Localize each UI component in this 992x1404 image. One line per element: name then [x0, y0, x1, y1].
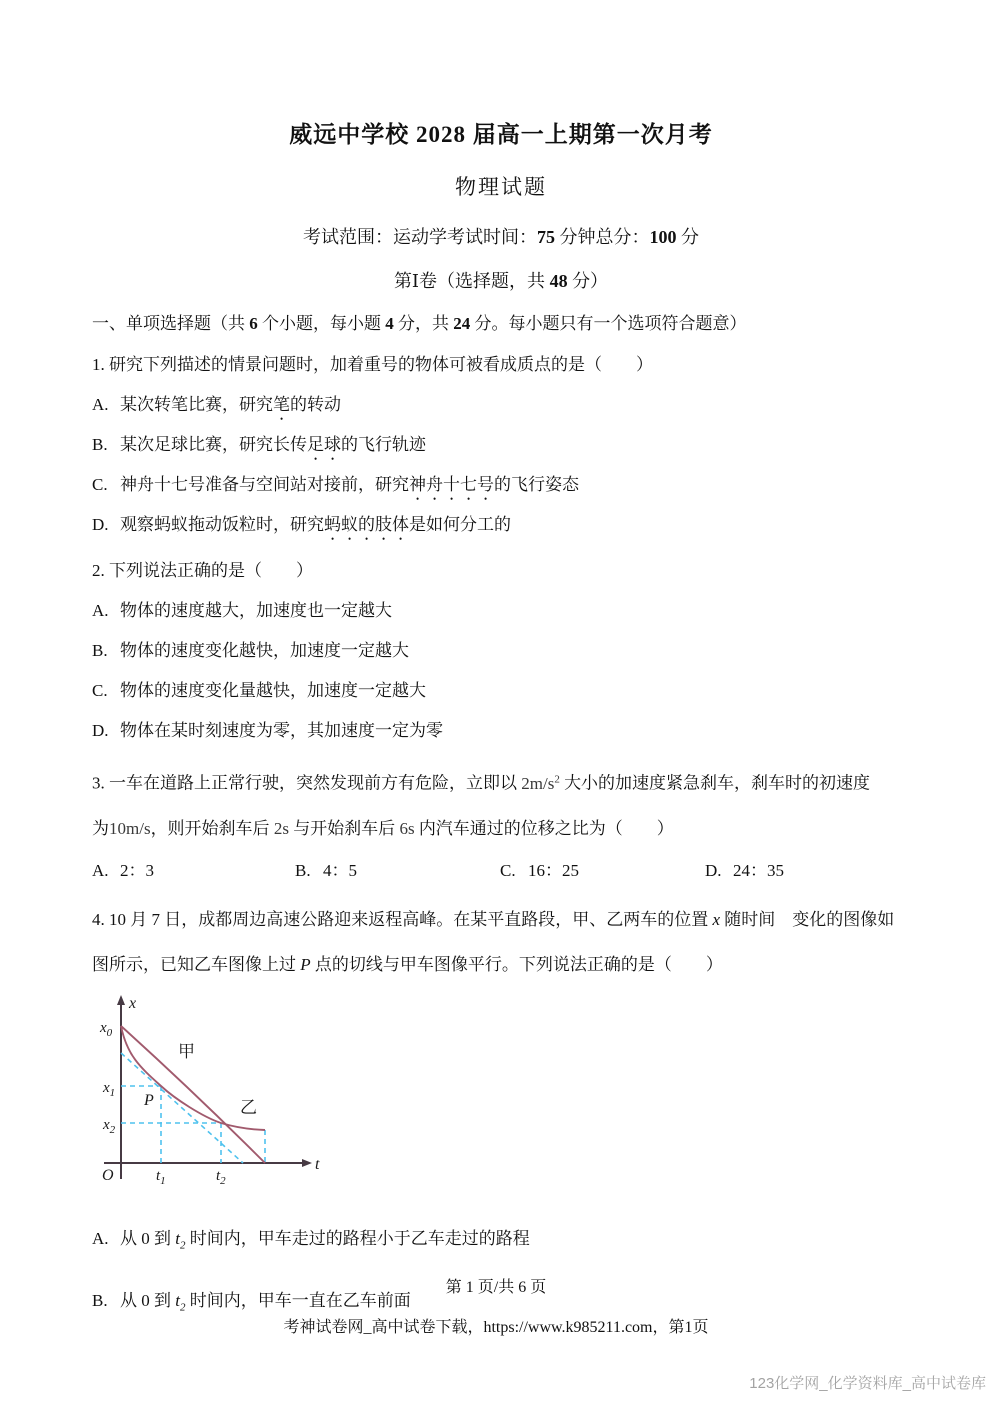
q1-option-a-post: 的转动 — [290, 395, 341, 414]
q2-option-d-text: 物体在某时刻速度为零，其加速度一定为零 — [120, 721, 443, 740]
q3-option-c-label: C. — [500, 851, 528, 891]
section1-heading: 一、单项选择题（共 6 个小题，每小题 4 分，共 24 分。每小题只有一个选项… — [92, 309, 910, 339]
q4-line1-post: 随时间 变化的图像如 — [720, 910, 894, 929]
q2-option-d: D.物体在某时刻速度为零，其加速度一定为零 — [92, 711, 910, 751]
exam-minutes: 75 — [537, 227, 555, 247]
part1-heading: 第Ⅰ卷（选择题，共 48 分） — [92, 267, 910, 293]
question-1: 1. 研究下列描述的情景问题时，加着重号的物体可被看成质点的是（ ） A.某次转… — [92, 345, 910, 545]
q2-option-b-label: B. — [92, 631, 120, 671]
q1-option-c-label: C. — [92, 465, 120, 505]
q1-option-b-label: B. — [92, 425, 120, 465]
q1-option-a: A.某次转笔比赛，研究笔的转动 — [92, 385, 910, 425]
y-axis-arrow — [117, 995, 125, 1005]
q2-option-b-text: 物体的速度变化越快，加速度一定越大 — [120, 641, 409, 660]
exam-total-score: 100 — [650, 227, 677, 247]
page-number-info: 第 1 页/共 6 页 — [0, 1274, 992, 1297]
q1-option-b-emphasis: 足球 — [307, 435, 341, 454]
section1-count: 6 — [249, 314, 258, 333]
q2-option-d-label: D. — [92, 711, 120, 751]
q4-stem-line2: 图所示，已知乙车图像上过 P 点的切线与甲车图像平行。下列说法正确的是（ ） — [92, 942, 910, 987]
q2-option-a-label: A. — [92, 591, 120, 631]
q1-option-a-pre: 某次转笔比赛，研究 — [120, 395, 273, 414]
q4-line2-post: 点的切线与甲车图像平行。下列说法正确的是（ ） — [311, 955, 723, 974]
q2-stem: 2. 下列说法正确的是（ ） — [92, 551, 910, 591]
q3-option-c: C.16：25 — [500, 851, 705, 891]
q4-option-a: A.从 0 到 t2 时间内，甲车走过的路程小于乙车走过的路程 — [92, 1219, 910, 1265]
q3-option-d-text: 24：35 — [733, 861, 784, 880]
question-4: 4. 10 月 7 日，成都周边高速公路迎来返程高峰。在某平直路段，甲、乙两车的… — [92, 897, 910, 1328]
footer-site-line: 考神试卷网_高中试卷下载，https://www.k985211.com，第1页 — [0, 1314, 992, 1337]
label-t-axis: t — [315, 1156, 320, 1173]
exam-info-pre: 考试范围：运动学考试时间： — [303, 227, 537, 247]
q3-option-a: A.2：3 — [92, 851, 295, 891]
q2-option-a: A.物体的速度越大，加速度也一定越大 — [92, 591, 910, 631]
q4-var-p: P — [300, 955, 310, 974]
q4-line1-pre: 4. 10 月 7 日，成都周边高速公路迎来返程高峰。在某平直路段，甲、乙两车的… — [92, 910, 713, 929]
q1-option-d-emphasis: 蚂蚁的肢体 — [324, 515, 409, 534]
section1-mid2: 分，共 — [394, 314, 454, 333]
exam-content: 威远中学校 2028 届高一上期第一次月考 物理试题 考试范围：运动学考试时间：… — [0, 0, 992, 1327]
q1-option-d-post: 是如何分工的 — [409, 515, 511, 534]
label-origin: O — [102, 1167, 114, 1184]
x-axis-arrow — [302, 1159, 312, 1167]
q3-options-row: A.2：3 B.4：5 C.16：25 D.24：35 — [92, 851, 910, 891]
exam-subtitle: 物理试题 — [92, 171, 910, 201]
label-t1: t1 — [156, 1168, 166, 1187]
q3-option-c-text: 16：25 — [528, 861, 579, 880]
q2-option-b: B.物体的速度变化越快，加速度一定越大 — [92, 631, 910, 671]
q3-option-a-label: A. — [92, 851, 120, 891]
q3-option-b-text: 4：5 — [323, 861, 357, 880]
q1-option-c-pre: 神舟十七号准备与空间站对接前，研究 — [120, 475, 409, 494]
part1-score: 48 — [550, 271, 568, 291]
label-x2: x2 — [102, 1117, 116, 1136]
label-point-p: P — [143, 1092, 154, 1109]
q1-option-d: D.观察蚂蚁拖动饭粒时，研究蚂蚁的肢体是如何分工的 — [92, 505, 910, 545]
section1-pre: 一、单项选择题（共 — [92, 314, 249, 333]
section1-mid1: 个小题，每小题 — [258, 314, 386, 333]
section1-post: 分。每小题只有一个选项符合题意） — [470, 314, 746, 333]
q1-option-b: B.某次足球比赛，研究长传足球的飞行轨迹 — [92, 425, 910, 465]
question-2: 2. 下列说法正确的是（ ） A.物体的速度越大，加速度也一定越大 B.物体的速… — [92, 551, 910, 751]
q4-option-a-label: A. — [92, 1219, 120, 1259]
q3-line1-post: 大小的加速度紧急刹车，刹车时的初速度 — [560, 774, 870, 793]
q3-line1-pre: 3. 一车在道路上正常行驶，突然发现前方有危险，立即以 — [92, 774, 521, 793]
section1-per: 4 — [385, 314, 394, 333]
q1-option-a-emphasis: 笔 — [273, 395, 290, 414]
part1-pre: 第Ⅰ卷（选择题，共 — [394, 271, 550, 291]
q2-option-c: C.物体的速度变化量越快，加速度一定越大 — [92, 671, 910, 711]
q2-option-a-text: 物体的速度越大，加速度也一定越大 — [120, 601, 392, 620]
q4-var-x: x — [713, 910, 721, 929]
q1-option-d-label: D. — [92, 505, 120, 545]
q3-option-b: B.4：5 — [295, 851, 500, 891]
exam-info-mid: 分钟总分： — [555, 227, 650, 247]
q2-option-c-text: 物体的速度变化量越快，加速度一定越大 — [120, 681, 426, 700]
q3-formula-initial-speed: 10m/s — [109, 819, 151, 838]
label-x1: x1 — [102, 1080, 115, 1099]
exam-page: 威远中学校 2028 届高一上期第一次月考 物理试题 考试范围：运动学考试时间：… — [0, 0, 992, 1404]
part1-post: 分） — [568, 271, 609, 291]
q4-option-a-pre: 从 0 到 — [120, 1229, 175, 1248]
position-time-graph: x t O x0 x1 x2 t1 t2 P 甲 乙 — [92, 993, 354, 1198]
label-curve-jia: 甲 — [178, 1042, 195, 1061]
exam-info-post: 分 — [677, 227, 700, 247]
q4-figure: x t O x0 x1 x2 t1 t2 P 甲 乙 — [92, 993, 910, 1203]
q4-option-a-post: 时间内，甲车走过的路程小于乙车走过的路程 — [185, 1229, 529, 1248]
q4-option-a-var: t2 — [175, 1229, 185, 1248]
q4-line2-pre: 图所示，已知乙车图像上过 — [92, 955, 300, 974]
q3-option-d-label: D. — [705, 851, 733, 891]
q3-option-a-text: 2：3 — [120, 861, 154, 880]
watermark-text: 123化学网_化学资料库_高中试卷库 — [749, 1372, 986, 1393]
q1-stem: 1. 研究下列描述的情景问题时，加着重号的物体可被看成质点的是（ ） — [92, 345, 910, 385]
label-x-axis: x — [128, 995, 136, 1012]
q2-option-c-label: C. — [92, 671, 120, 711]
q3-line2-pre: 为 — [92, 819, 109, 838]
section1-total: 24 — [453, 314, 470, 333]
q1-option-c-emphasis: 神舟十七号 — [409, 475, 494, 494]
q1-option-a-label: A. — [92, 385, 120, 425]
q3-stem-line1: 3. 一车在道路上正常行驶，突然发现前方有危险，立即以 2m/s2 大小的加速度… — [92, 757, 910, 806]
question-3: 3. 一车在道路上正常行驶，突然发现前方有危险，立即以 2m/s2 大小的加速度… — [92, 757, 910, 891]
q1-option-d-pre: 观察蚂蚁拖动饭粒时，研究 — [120, 515, 324, 534]
q1-option-b-post: 的飞行轨迹 — [341, 435, 426, 454]
q3-formula-acceleration: 2m/s2 — [521, 774, 560, 793]
label-curve-yi: 乙 — [240, 1098, 257, 1117]
q3-option-d: D.24：35 — [705, 851, 910, 891]
label-t2: t2 — [216, 1168, 226, 1187]
q3-option-b-label: B. — [295, 851, 323, 891]
q3-formula-2s: 2s — [274, 819, 289, 838]
exam-title: 威远中学校 2028 届高一上期第一次月考 — [92, 116, 910, 149]
axes — [104, 1001, 303, 1179]
q1-option-c-post: 的飞行姿态 — [494, 475, 579, 494]
tangent-line-at-p — [121, 1053, 243, 1163]
q1-option-b-pre: 某次足球比赛，研究长传 — [120, 435, 307, 454]
q3-formula-6s: 6s — [399, 819, 414, 838]
q3-line2-mid2: 与开始刹车后 — [289, 819, 400, 838]
q3-line2-post: 内汽车通过的位移之比为（ ） — [415, 819, 674, 838]
label-x0: x0 — [99, 1020, 113, 1039]
q3-line2-mid1: ，则开始刹车后 — [151, 819, 274, 838]
q3-stem-line2: 为10m/s，则开始刹车后 2s 与开始刹车后 6s 内汽车通过的位移之比为（ … — [92, 806, 910, 851]
exam-info-line: 考试范围：运动学考试时间：75 分钟总分：100 分 — [92, 223, 910, 249]
q4-stem-line1: 4. 10 月 7 日，成都周边高速公路迎来返程高峰。在某平直路段，甲、乙两车的… — [92, 897, 910, 942]
q1-option-c: C.神舟十七号准备与空间站对接前，研究神舟十七号的飞行姿态 — [92, 465, 910, 505]
